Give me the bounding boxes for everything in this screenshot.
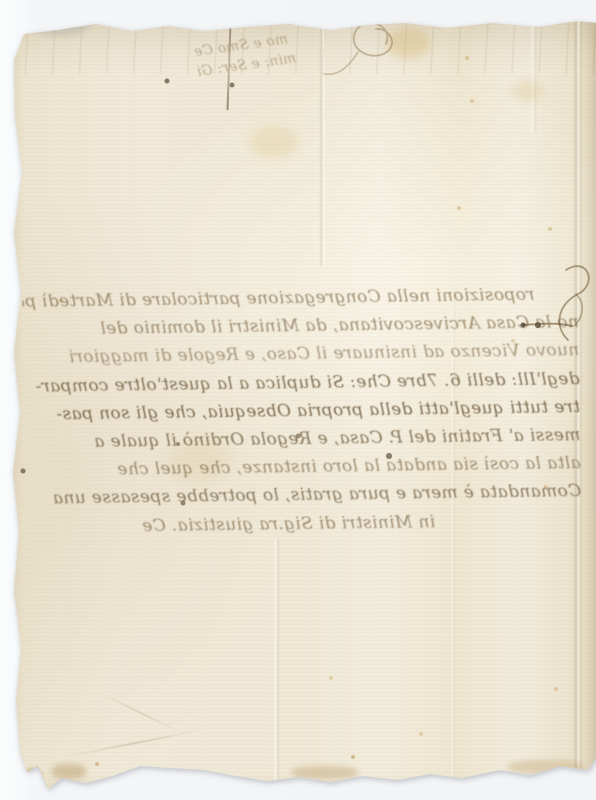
yellow-stain xyxy=(250,126,298,158)
vertical-fold-crease xyxy=(529,22,537,132)
bottom-edge-discoloration xyxy=(52,764,86,779)
yellow-stain xyxy=(386,28,430,58)
ink-blot-spots xyxy=(0,0,2,2)
paper-shadow-wrapper: mo e Smo Ce min: e Ser: Gi roposizioni n… xyxy=(0,0,596,800)
scanned-manuscript-page: mo e Smo Ce min: e Ser: Gi roposizioni n… xyxy=(0,0,596,800)
corner-shadow-smudge xyxy=(28,12,90,36)
foxing-spots xyxy=(0,0,2,2)
bottom-edge-discoloration xyxy=(24,768,42,784)
paper-sheet: mo e Smo Ce min: e Ser: Gi roposizioni n… xyxy=(0,0,596,800)
bleedthrough-text-block: roposizioni nella Congregazione particol… xyxy=(22,280,581,542)
vertical-fold-crease xyxy=(273,540,280,785)
yellow-stain xyxy=(512,80,544,102)
bottom-edge-discoloration xyxy=(508,760,584,774)
bottom-edge-discoloration xyxy=(292,766,358,779)
